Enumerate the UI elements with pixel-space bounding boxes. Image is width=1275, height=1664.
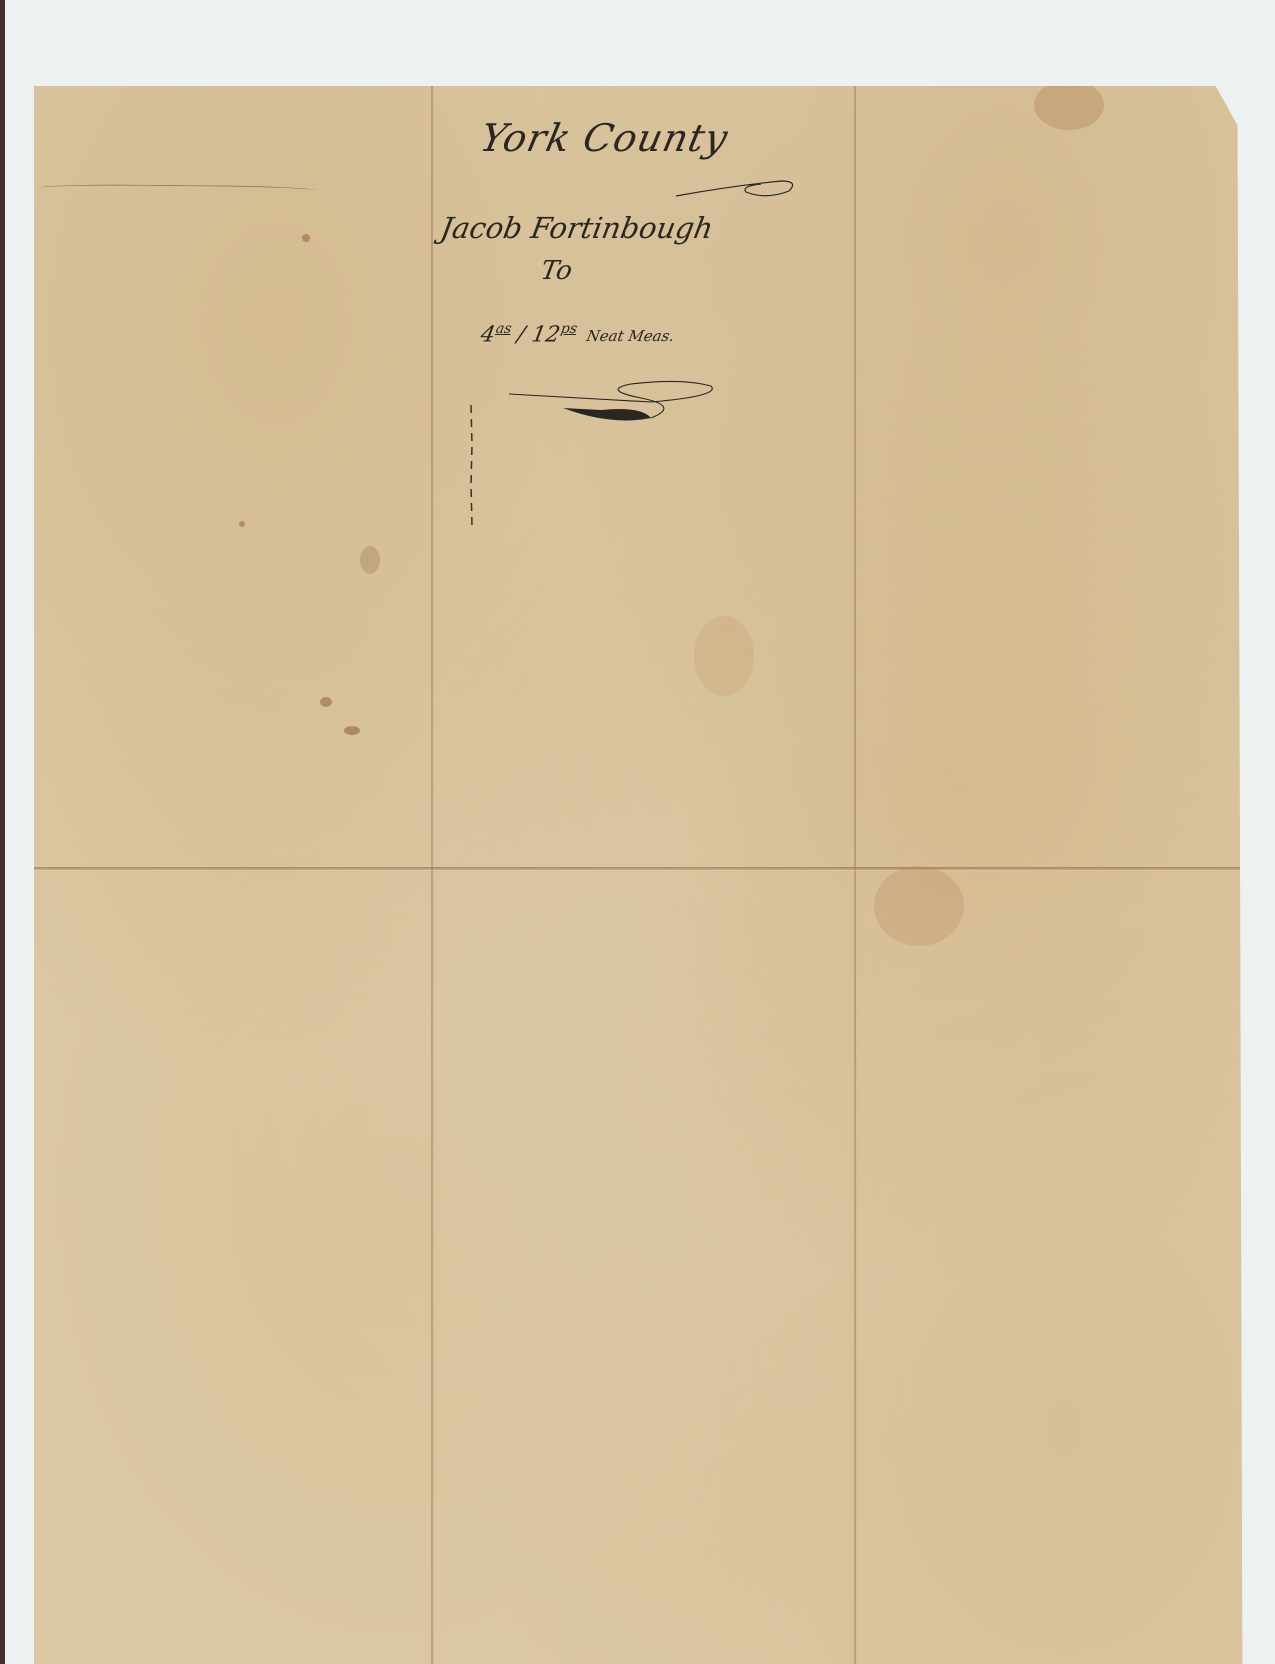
stain [874, 866, 964, 946]
stain [344, 726, 360, 735]
paper-crack [36, 184, 316, 197]
county-label: York County [476, 116, 732, 160]
to-label: To [538, 256, 574, 286]
stain [302, 234, 310, 242]
stain [694, 616, 754, 696]
horizontal-fold [34, 867, 1246, 871]
vertical-fold-right [854, 86, 857, 1664]
perches-value: 12 [530, 322, 562, 347]
stain [320, 697, 332, 707]
scanner-edge [0, 0, 5, 1664]
ink-mark [469, 405, 474, 525]
closing-flourish [501, 376, 741, 436]
perches-abbr: ps [559, 321, 578, 337]
land-measure: 4as / 12ps Neat Meas. [479, 321, 677, 347]
acres-abbr: as [494, 321, 512, 337]
measure-separator: / [515, 322, 527, 347]
stain [360, 546, 380, 574]
stain [239, 521, 245, 527]
stain [1034, 80, 1104, 130]
measure-qualifier: Neat Meas. [585, 327, 676, 345]
grantor-name: Jacob Fortinbough [438, 211, 716, 245]
vertical-fold-left [431, 86, 434, 1664]
underline-flourish [671, 166, 801, 206]
